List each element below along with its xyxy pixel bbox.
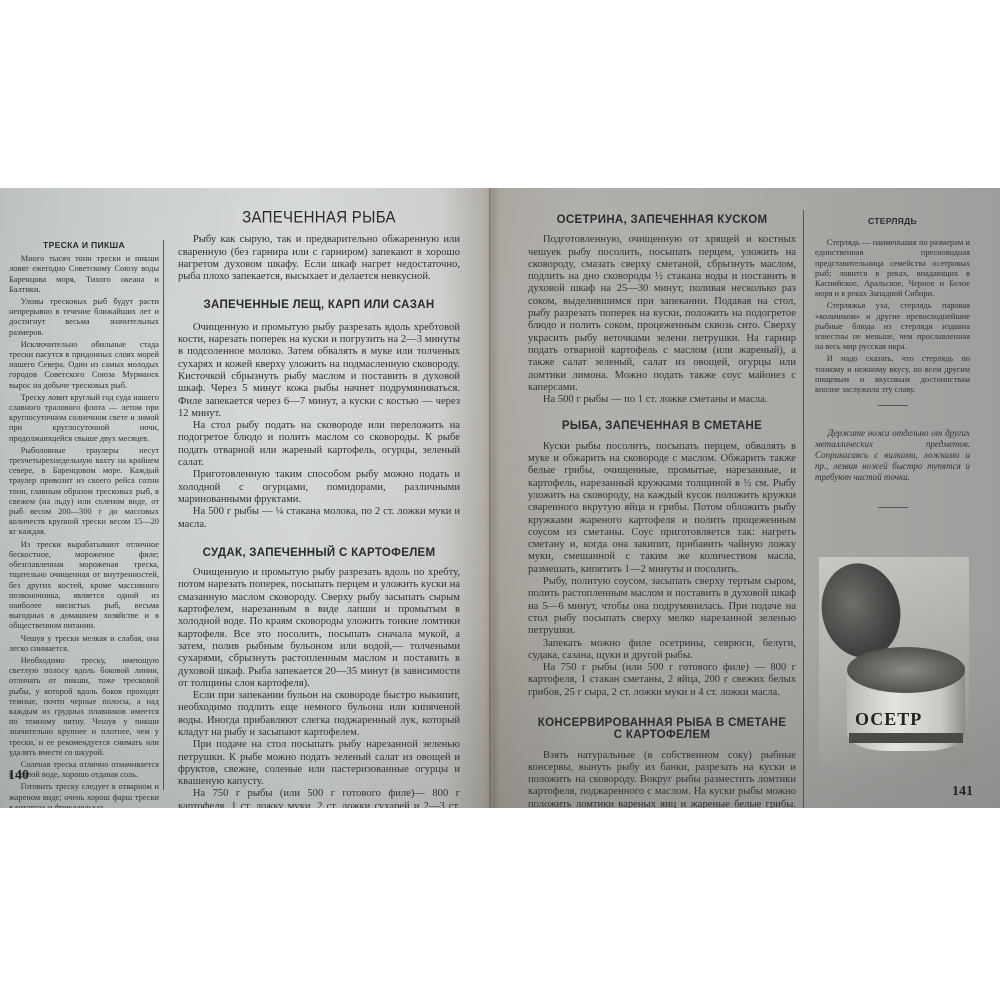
section-title: ОСЕТРИНА, ЗАПЕЧЕННАЯ КУСКОМ: [528, 214, 796, 226]
sidebar-title-sterlyad: СТЕРЛЯДЬ: [815, 216, 970, 226]
section-title: КОНСЕРВИРОВАННАЯ РЫБА В СМЕТАНЕ С КАРТОФ…: [528, 717, 796, 742]
paragraph: Если при запекании бульон на сковороде б…: [178, 690, 460, 739]
paragraph: Треску ловит круглый год суда нашего сла…: [9, 393, 159, 444]
paragraph: Запекать можно филе осетрины, севрюги, б…: [528, 638, 796, 663]
paragraph: Стерляжья уха, стерлядь паровая «кольчик…: [815, 301, 970, 352]
section-body: Куски рыбы посолить, посыпать перцем, об…: [528, 441, 796, 699]
paragraph: Куски рыбы посолить, посыпать перцем, об…: [528, 441, 796, 576]
section-title-line2: С КАРТОФЕЛЕМ: [614, 729, 710, 741]
paragraph: Много тысяч тонн трески и пикши ловят еж…: [9, 254, 159, 295]
page-number-left: 140: [8, 768, 29, 784]
section-title: РЫБА, ЗАПЕЧЕННАЯ В СМЕТАНЕ: [528, 420, 796, 432]
section-title: ЗАПЕЧЕННЫЕ ЛЕЩ, КАРП ИЛИ САЗАН: [178, 299, 460, 311]
page-number-right: 141: [952, 784, 973, 800]
column-rule: [163, 240, 164, 790]
sidebar-paragraphs: Много тысяч тонн трески и пикши ловят еж…: [9, 254, 159, 808]
paragraph: Подготовленную, очищенную от хрящей и ко…: [528, 234, 796, 394]
section-body: Рыбу как сырую, так и предварительно обж…: [178, 234, 460, 283]
divider: [878, 405, 908, 406]
paragraph: Взять натуральные (в собственном соку) р…: [528, 750, 796, 808]
section-body: Очищенную и промытую рыбу разрезать вдол…: [178, 567, 460, 808]
paragraph: Очищенную и промытую рыбу разрезать вдол…: [178, 322, 460, 420]
right-sidebar: СТЕРЛЯДЬ Стерлядь — наименьшая по размер…: [815, 216, 970, 508]
can-label: ОСЕТР: [855, 709, 922, 730]
paragraph: Чешуя у трески мелкая и слабая, она легк…: [9, 634, 159, 654]
book-gutter: [489, 188, 491, 808]
sidebar-title-treska: ТРЕСКА И ПИКША: [9, 240, 159, 250]
section-title-line1: КОНСЕРВИРОВАННАЯ РЫБА В СМЕТАНЕ: [538, 717, 786, 729]
section-body: Взять натуральные (в собственном соку) р…: [528, 750, 796, 808]
paragraph: На 500 г рыбы — ¼ стакана молока, по 2 с…: [178, 506, 460, 531]
can-stripe: [849, 733, 963, 743]
left-main-column: ЗАПЕЧЕННАЯ РЫБА Рыбу как сырую, так и пр…: [178, 212, 460, 808]
can-contents: [847, 647, 965, 693]
paragraph: И надо сказать, что стерлядь по тонкому …: [815, 354, 970, 395]
right-main-column: ОСЕТРИНА, ЗАПЕЧЕННАЯ КУСКОМ Подготовленн…: [528, 214, 796, 808]
column-rule: [803, 210, 804, 808]
paragraph: Очищенную и промытую рыбу разрезать вдол…: [178, 567, 460, 690]
paragraph: На 500 г рыбы — по 1 ст. ложке сметаны и…: [528, 394, 796, 406]
paragraph: Необходимо треску, имеющую светлую полос…: [9, 656, 159, 758]
tin-can: ОСЕТР: [847, 647, 965, 759]
paragraph: Уловы тресковых рыб будут расти непрерыв…: [9, 297, 159, 338]
paragraph: На 750 г рыбы (или 500 г готового филе)—…: [178, 788, 460, 808]
paragraph: Готовить треску следует в отварном и жар…: [9, 782, 159, 808]
paragraph: Исключительно обильные стада трески пасу…: [9, 340, 159, 391]
photo-open-tin-can: ОСЕТР: [819, 557, 969, 767]
paragraph: Рыболовные траулеры несут трехчетырехнед…: [9, 446, 159, 538]
paragraph: Из трески вырабатывают отличное бескостн…: [9, 540, 159, 632]
divider: [878, 507, 908, 508]
paragraph: Рыбу, политую соусом, засыпать сверху те…: [528, 576, 796, 637]
left-sidebar: ТРЕСКА И ПИКША Много тысяч тонн трески и…: [9, 240, 159, 808]
section-body: Очищенную и промытую рыбу разрезать вдол…: [178, 322, 460, 531]
paragraph: Приготовленную таким способом рыбу можно…: [178, 469, 460, 506]
section-title: ЗАПЕЧЕННАЯ РЫБА: [178, 211, 460, 225]
section-body: Подготовленную, очищенную от хрящей и ко…: [528, 234, 796, 406]
paragraph: На 750 г рыбы (или 500 г готового филе) …: [528, 662, 796, 699]
knife-tip: Держите ножи отдельно от других металлич…: [815, 428, 970, 483]
tip-text: Держите ножи отдельно от других металлич…: [815, 428, 970, 483]
paragraph: Стерлядь — наименьшая по размерам и един…: [815, 238, 970, 299]
paragraph: При подаче на стол посыпать рыбу нарезан…: [178, 739, 460, 788]
sidebar-paragraphs: Стерлядь — наименьшая по размерам и един…: [815, 238, 970, 395]
paragraph: На стол рыбу подать на сковороде или пер…: [178, 420, 460, 469]
section-title: СУДАК, ЗАПЕЧЕННЫЙ С КАРТОФЕЛЕМ: [178, 547, 460, 559]
paragraph: Рыбу как сырую, так и предварительно обж…: [178, 234, 460, 283]
paragraph: Соленая треска отлично отмачивается в те…: [9, 760, 159, 780]
